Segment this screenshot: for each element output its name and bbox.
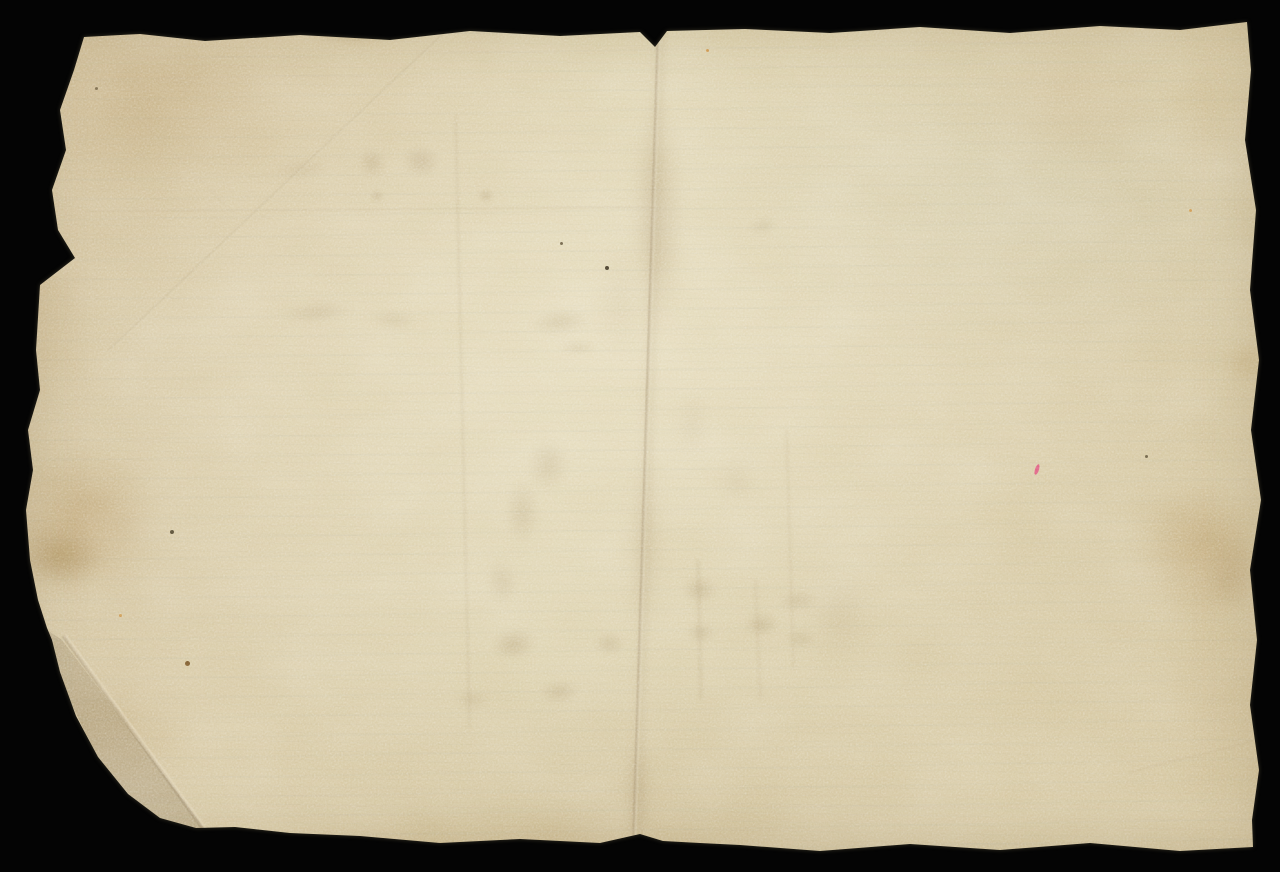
paper-sheet	[0, 0, 1280, 872]
scanner-bed	[0, 0, 1280, 872]
scan-background: { "document": { "type": "scanned-manuscr…	[0, 0, 1280, 872]
edge-shading	[0, 0, 1280, 872]
paper-wrap	[0, 0, 1280, 872]
